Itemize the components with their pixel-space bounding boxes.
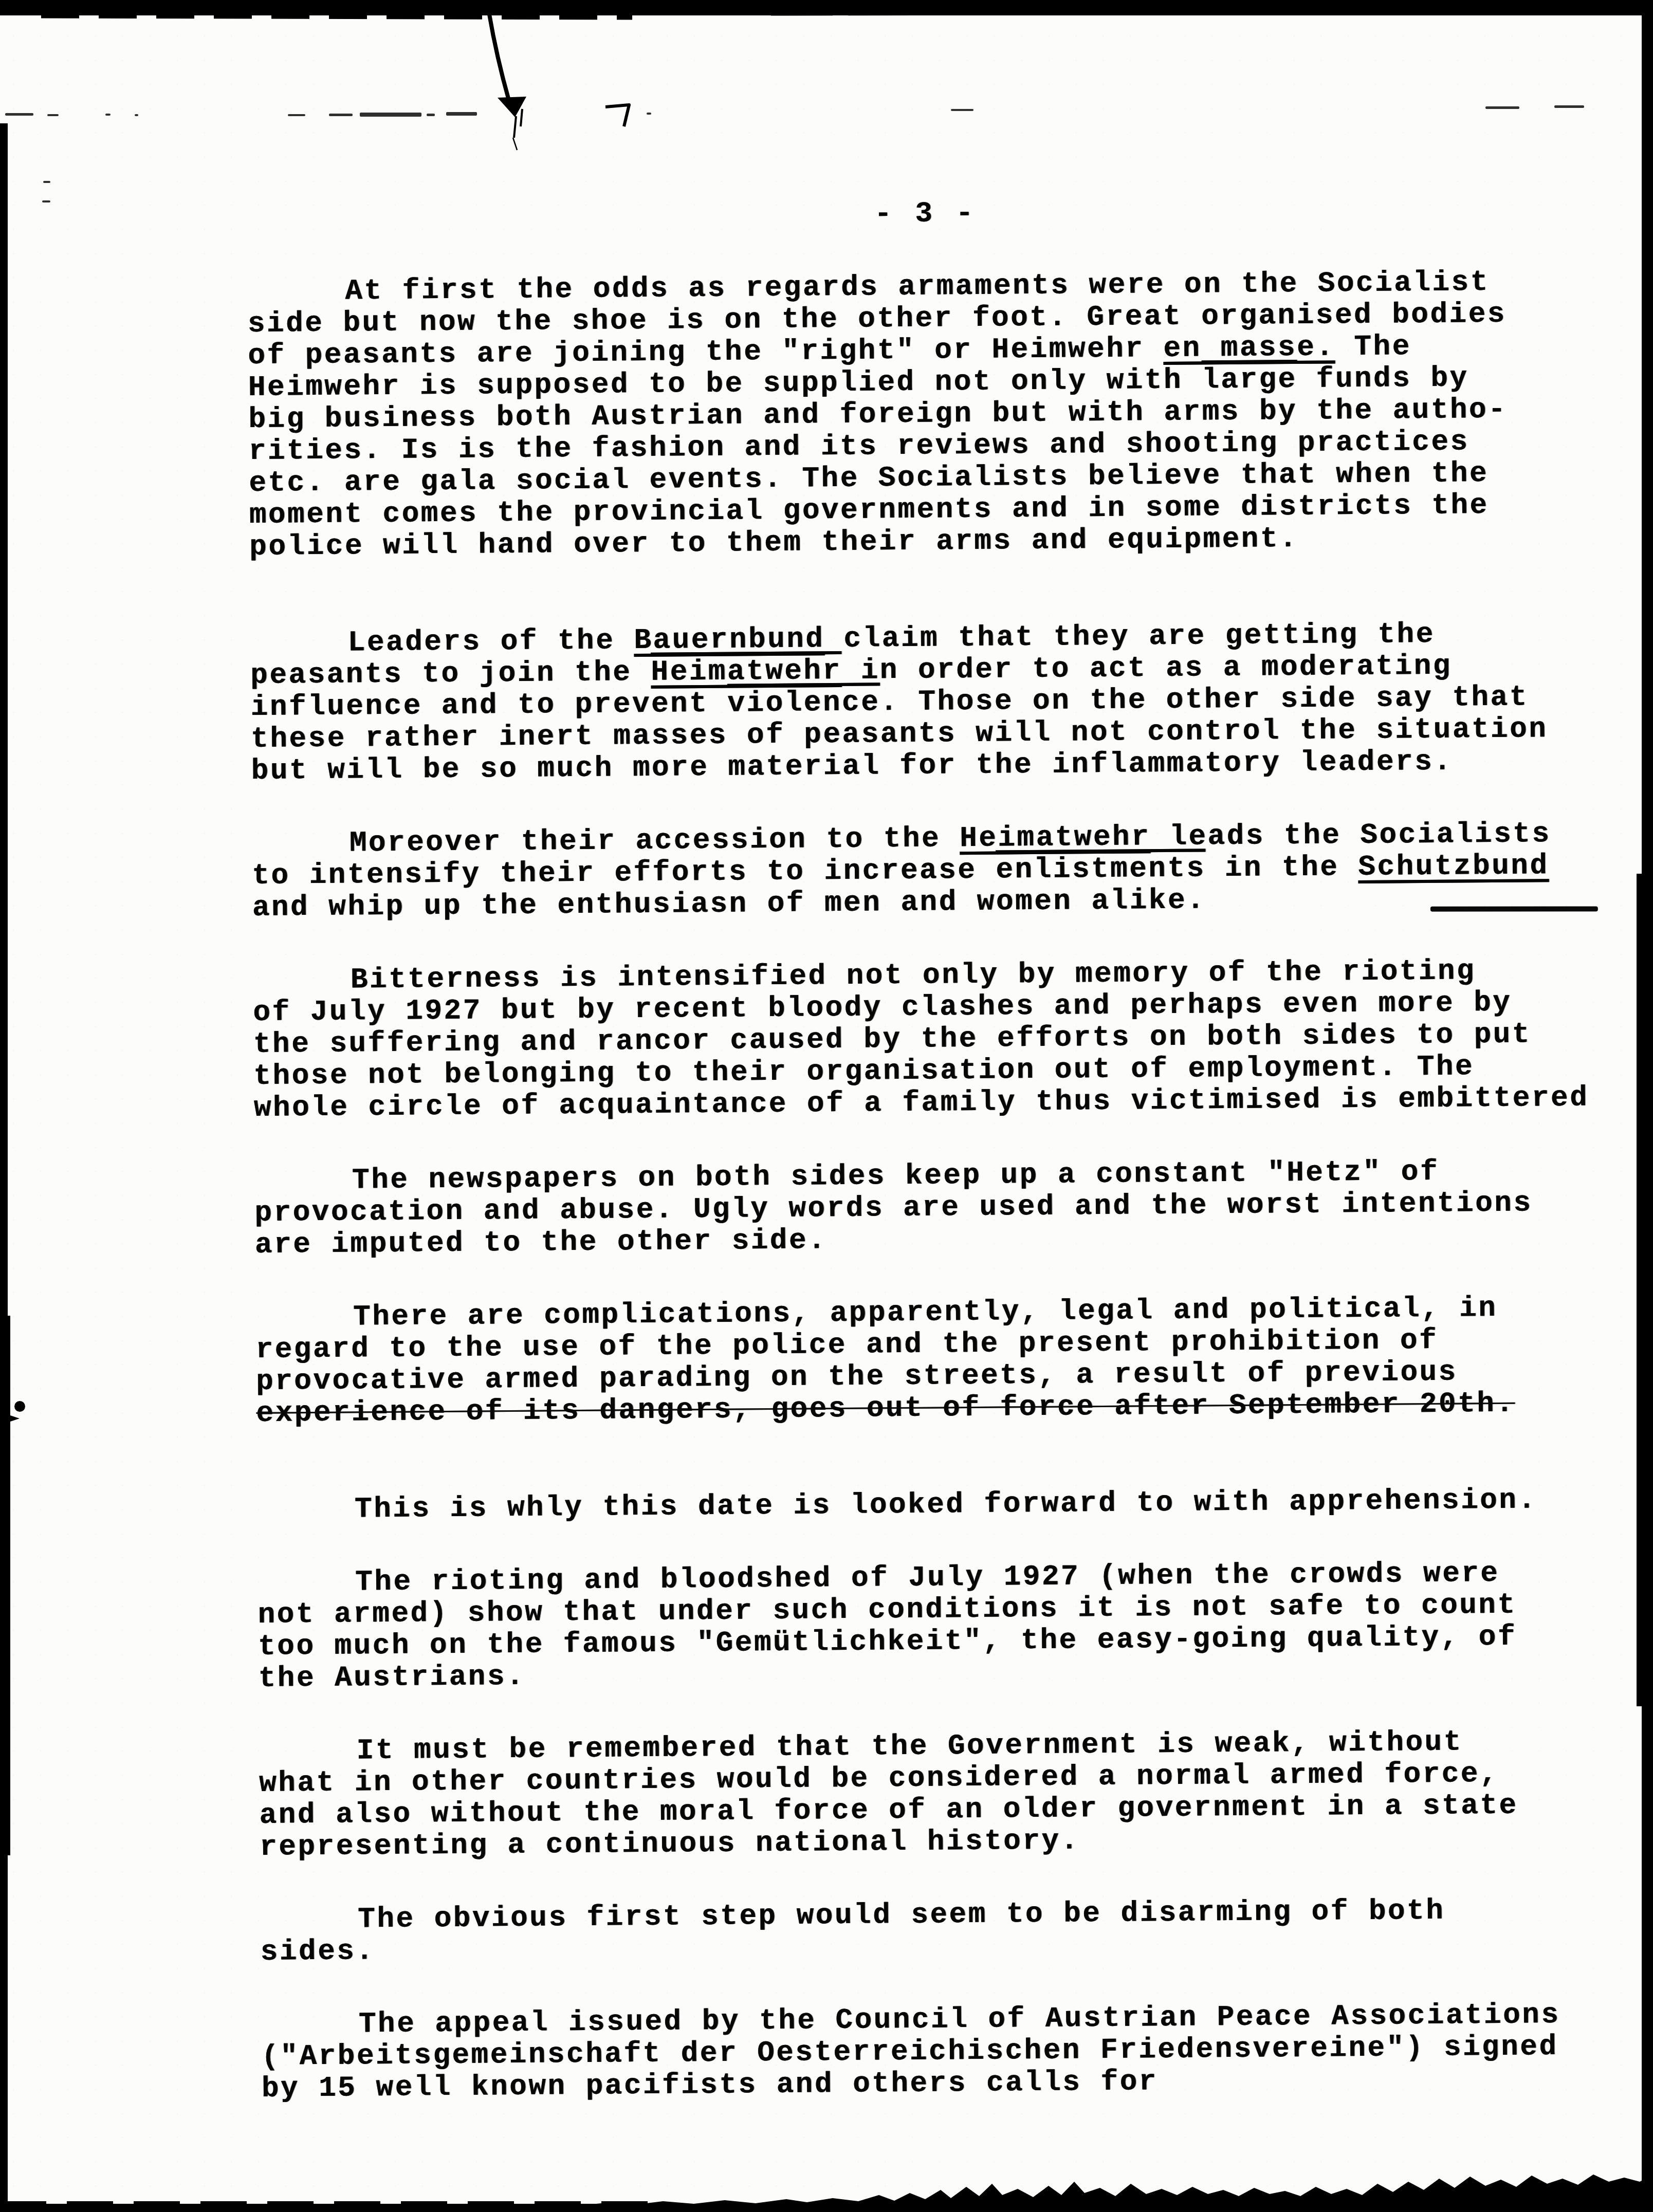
dashed-artifact	[135, 114, 138, 116]
paragraph: The obvious first step would seem to be …	[260, 1893, 1618, 1968]
text-segment: in the	[1205, 851, 1358, 884]
margin-ink-notch	[7, 1414, 20, 1423]
dashed-artifact	[5, 113, 33, 116]
text-segment: the Austrians.	[258, 1660, 525, 1695]
paragraph: Bitterness is intensified not only by me…	[253, 954, 1611, 1124]
text-segment: representing a continuous national histo…	[260, 1824, 1080, 1864]
paragraph: The rioting and bloodshed of July 1927 (…	[258, 1556, 1615, 1694]
bottom-scan-border-ragged	[0, 2201, 668, 2205]
paragraph: Moreover their accession to the Heimatwe…	[252, 817, 1609, 924]
dashed-artifact	[47, 114, 59, 116]
bottom-scan-border-jagged	[591, 2168, 1653, 2212]
dashed-artifact	[105, 114, 111, 116]
dashed-artifact	[446, 112, 477, 116]
dashed-artifact	[329, 114, 353, 116]
text-segment: and whip up the enthusiasn of men and wo…	[252, 883, 1206, 924]
text-segment: enlistments	[996, 852, 1206, 886]
text-segment: peasants to join the	[250, 656, 651, 692]
text-segment: leads the Socialists	[1150, 817, 1551, 853]
dashed-artifact	[43, 181, 50, 183]
text-segment: by 15 well known pacifists and others ca…	[262, 2065, 1158, 2105]
dashed-artifact	[647, 113, 651, 115]
margin-ink-dot	[14, 1401, 25, 1412]
paragraph: The appeal issued by the Council of Aust…	[261, 1998, 1619, 2105]
text-segment: sides.	[260, 1934, 375, 1968]
top-scan-border-ragged-left	[41, 13, 632, 20]
paragraph: It must be remembered that the Governmen…	[259, 1725, 1617, 1863]
paragraph: There are complications, apparently, leg…	[255, 1291, 1613, 1429]
page-number: - 3 -	[247, 192, 1604, 235]
text-segment: large	[1202, 363, 1297, 396]
right-scan-border-wide	[1637, 874, 1653, 1706]
paragraph: Leaders of the Bauernbund claim that the…	[250, 617, 1608, 787]
dashed-artifact	[1554, 105, 1584, 108]
ink-smear-under-schutzbund	[1430, 907, 1598, 912]
paragraph: At first the odds as regards armaments w…	[247, 265, 1606, 563]
text-segment: in order to act as a moderating	[841, 650, 1452, 687]
paragraph: This is whly this date is looked forward…	[257, 1483, 1614, 1526]
text-segment: This is whly this date is looked forward…	[355, 1483, 1537, 1525]
text-segment: Bauernbund	[634, 622, 825, 657]
text-segment: Heimatwehr	[960, 820, 1151, 855]
dashed-artifact	[427, 114, 435, 116]
text-segment: Schutzbund	[1358, 849, 1549, 883]
document-body: - 3 - At first the odds as regards armam…	[247, 192, 1619, 2105]
dashed-artifact	[288, 114, 305, 116]
text-segment: en masse.	[1163, 330, 1335, 365]
dashed-artifact	[1485, 106, 1519, 109]
text-segment: influence and to prevent	[250, 687, 727, 724]
text-line: This is whly this date is looked forward…	[257, 1483, 1614, 1526]
dashed-artifact	[360, 113, 421, 117]
text-segment: Moreover their accession to the	[350, 822, 960, 859]
text-segment: violence	[727, 686, 880, 720]
left-scan-border	[0, 123, 8, 2212]
text-segment: Heimatwehr	[651, 654, 842, 689]
left-scan-border-bump	[0, 1316, 10, 1855]
dashed-artifact	[42, 200, 50, 202]
dashed-artifact	[951, 109, 974, 111]
text-segment: are imputed to the other side.	[255, 1224, 828, 1261]
text-segment: funds by	[1297, 361, 1468, 396]
paragraph: The newspapers on both sides keep up a c…	[254, 1154, 1612, 1261]
scanned-document-page: - 3 - At first the odds as regards armam…	[0, 0, 1653, 2212]
text-segment: claim that they are getting the	[824, 618, 1435, 655]
text-segment: The	[1335, 330, 1411, 363]
text-segment: Leaders of the	[347, 624, 634, 659]
